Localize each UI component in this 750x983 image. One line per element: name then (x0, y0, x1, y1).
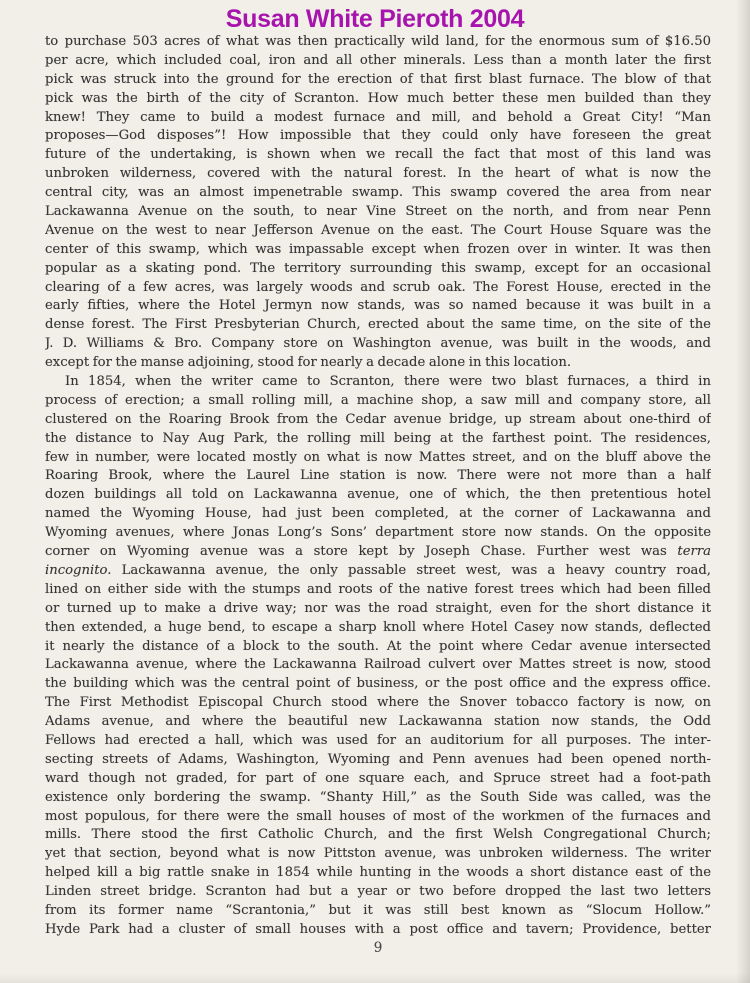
text-segment: to purchase 503 acres of what was then p… (45, 34, 711, 49)
text-line: per acre, which included coal, iron and … (45, 52, 711, 71)
text-line: yet that section, beyond what is now Pit… (45, 845, 711, 864)
text-line: corner on Wyoming avenue was a store kep… (45, 543, 711, 562)
text-segment: per acre, which included coal, iron and … (45, 53, 711, 68)
text-line: process of erection; a small rolling mil… (45, 392, 711, 411)
text-line: central city, was an almost impenetrable… (45, 184, 711, 203)
text-block: to purchase 503 acres of what was then p… (45, 33, 711, 940)
text-line: mills. There stood the first Catholic Ch… (45, 826, 711, 845)
text-segment: Lackawanna avenue, the only passable str… (111, 563, 711, 578)
text-line: from its former name “Scrantonia,” but i… (45, 902, 711, 921)
text-line: Linden street bridge. Scranton had but a… (45, 883, 711, 902)
text-segment: or turned up to make a drive way; nor wa… (45, 601, 711, 616)
text-line: incognito. Lackawanna avenue, the only p… (45, 562, 711, 581)
text-segment: Roaring Brook, where the Laurel Line sta… (45, 468, 711, 483)
text-segment: center of this swamp, which was impassab… (45, 242, 711, 257)
text-line: center of this swamp, which was impassab… (45, 241, 711, 260)
text-segment: Adams avenue, and where the beautiful ne… (45, 714, 711, 729)
text-segment: J. D. Williams & Bro. Company store on W… (45, 336, 711, 351)
text-line: knew! They came to build a modest furnac… (45, 109, 711, 128)
text-segment: mills. There stood the first Catholic Ch… (45, 827, 711, 842)
text-line: dense forest. The First Presbyterian Chu… (45, 316, 711, 335)
text-line: Avenue on the west to near Jefferson Ave… (45, 222, 711, 241)
text-line: helped kill a big rattle snake in 1854 w… (45, 864, 711, 883)
text-segment: ward though not graded, for part of one … (45, 771, 711, 786)
text-line: ward though not graded, for part of one … (45, 770, 711, 789)
text-segment: it nearly the distance of a block to the… (45, 639, 711, 654)
text-line: then extended, a huge bend, to escape a … (45, 619, 711, 638)
text-segment: central city, was an almost impenetrable… (45, 185, 711, 200)
text-line: pick was the birth of the city of Scrant… (45, 90, 711, 109)
text-segment: then extended, a huge bend, to escape a … (45, 620, 711, 635)
text-line: except for the manse adjoining, stood fo… (45, 354, 711, 373)
text-segment: Lackawanna avenue, where the Lackawanna … (45, 657, 711, 672)
page-number: 9 (45, 940, 711, 956)
text-line: clustered on the Roaring Brook from the … (45, 411, 711, 430)
text-segment: unbroken wilderness, covered with the na… (45, 166, 711, 181)
text-line: popular as a skating pond. The territory… (45, 260, 711, 279)
scan-page: Susan White Pieroth 2004 to purchase 503… (0, 0, 750, 983)
text-segment: Linden street bridge. Scranton had but a… (45, 884, 711, 899)
text-line: future of the undertaking, is shown when… (45, 146, 711, 165)
text-line: it nearly the distance of a block to the… (45, 638, 711, 657)
text-line: Adams avenue, and where the beautiful ne… (45, 713, 711, 732)
text-segment: popular as a skating pond. The territory… (45, 261, 711, 276)
text-segment: few in number, were located mostly on wh… (45, 450, 711, 465)
page-title: Susan White Pieroth 2004 (0, 5, 750, 34)
text-segment: existence only bordering the swamp. “Sha… (45, 790, 711, 805)
text-line: pick was struck into the ground for the … (45, 71, 711, 90)
text-segment: yet that section, beyond what is now Pit… (45, 846, 711, 861)
text-line: Roaring Brook, where the Laurel Line sta… (45, 467, 711, 486)
italic-text: terra (677, 544, 711, 559)
text-line: early fifties, where the Hotel Jermyn no… (45, 297, 711, 316)
text-segment: Avenue on the west to near Jefferson Ave… (45, 223, 711, 238)
text-line: Lackawanna avenue, where the Lackawanna … (45, 656, 711, 675)
text-line: proposes—God disposes”! How impossible t… (45, 127, 711, 146)
scan-edge-shadow-bottom (0, 973, 750, 983)
text-segment: the distance to Nay Aug Park, the rollin… (45, 431, 711, 446)
text-segment: Lackawanna Avenue on the south, to near … (45, 204, 711, 219)
text-segment: most populous, for there were the small … (45, 809, 711, 824)
text-segment: the building which was the central point… (45, 676, 711, 691)
text-line: The First Methodist Episcopal Church sto… (45, 694, 711, 713)
text-line: most populous, for there were the small … (45, 808, 711, 827)
text-line: Fellows had erected a hall, which was us… (45, 732, 711, 751)
text-segment: helped kill a big rattle snake in 1854 w… (45, 865, 711, 880)
text-line: the building which was the central point… (45, 675, 711, 694)
text-segment: pick was the birth of the city of Scrant… (45, 91, 711, 106)
text-line: Hyde Park had a cluster of small houses … (45, 921, 711, 940)
text-segment: Hyde Park had a cluster of small houses … (45, 922, 711, 937)
text-segment: pick was struck into the ground for the … (45, 72, 711, 87)
text-segment: clearing of a few acres, was largely woo… (45, 280, 711, 295)
text-line: named the Wyoming House, had just been c… (45, 505, 711, 524)
text-segment: future of the undertaking, is shown when… (45, 147, 711, 162)
text-line: J. D. Williams & Bro. Company store on W… (45, 335, 711, 354)
text-segment: named the Wyoming House, had just been c… (45, 506, 711, 521)
text-segment: dozen buildings all told on Lackawanna a… (45, 487, 711, 502)
text-segment: corner on Wyoming avenue was a store kep… (45, 544, 677, 559)
text-line: Lackawanna Avenue on the south, to near … (45, 203, 711, 222)
text-segment: from its former name “Scrantonia,” but i… (45, 903, 711, 918)
text-line: Wyoming avenues, where Jonas Long’s Sons… (45, 524, 711, 543)
text-segment: proposes—God disposes”! How impossible t… (45, 128, 711, 143)
text-line: unbroken wilderness, covered with the na… (45, 165, 711, 184)
text-line: the distance to Nay Aug Park, the rollin… (45, 430, 711, 449)
text-line: existence only bordering the swamp. “Sha… (45, 789, 711, 808)
text-segment: The First Methodist Episcopal Church sto… (45, 695, 711, 710)
text-segment: early fifties, where the Hotel Jermyn no… (45, 298, 711, 313)
text-line: clearing of a few acres, was largely woo… (45, 279, 711, 298)
text-segment: except for the manse adjoining, stood fo… (45, 355, 571, 370)
text-line: to purchase 503 acres of what was then p… (45, 33, 711, 52)
scan-edge-shadow-right (736, 0, 750, 983)
text-segment: Fellows had erected a hall, which was us… (45, 733, 711, 748)
text-segment: In 1854, when the writer came to Scranto… (65, 374, 711, 389)
text-segment: process of erection; a small rolling mil… (45, 393, 711, 408)
text-segment: secting streets of Adams, Washington, Wy… (45, 752, 711, 767)
text-line: In 1854, when the writer came to Scranto… (45, 373, 711, 392)
italic-text: incognito. (45, 563, 111, 578)
text-segment: clustered on the Roaring Brook from the … (45, 412, 711, 427)
text-segment: knew! They came to build a modest furnac… (45, 110, 711, 125)
text-segment: dense forest. The First Presbyterian Chu… (45, 317, 711, 332)
text-segment: Wyoming avenues, where Jonas Long’s Sons… (45, 525, 711, 540)
text-line: dozen buildings all told on Lackawanna a… (45, 486, 711, 505)
text-line: few in number, were located mostly on wh… (45, 449, 711, 468)
text-segment: lined on either side with the stumps and… (45, 582, 711, 597)
text-line: secting streets of Adams, Washington, Wy… (45, 751, 711, 770)
text-line: lined on either side with the stumps and… (45, 581, 711, 600)
text-line: or turned up to make a drive way; nor wa… (45, 600, 711, 619)
